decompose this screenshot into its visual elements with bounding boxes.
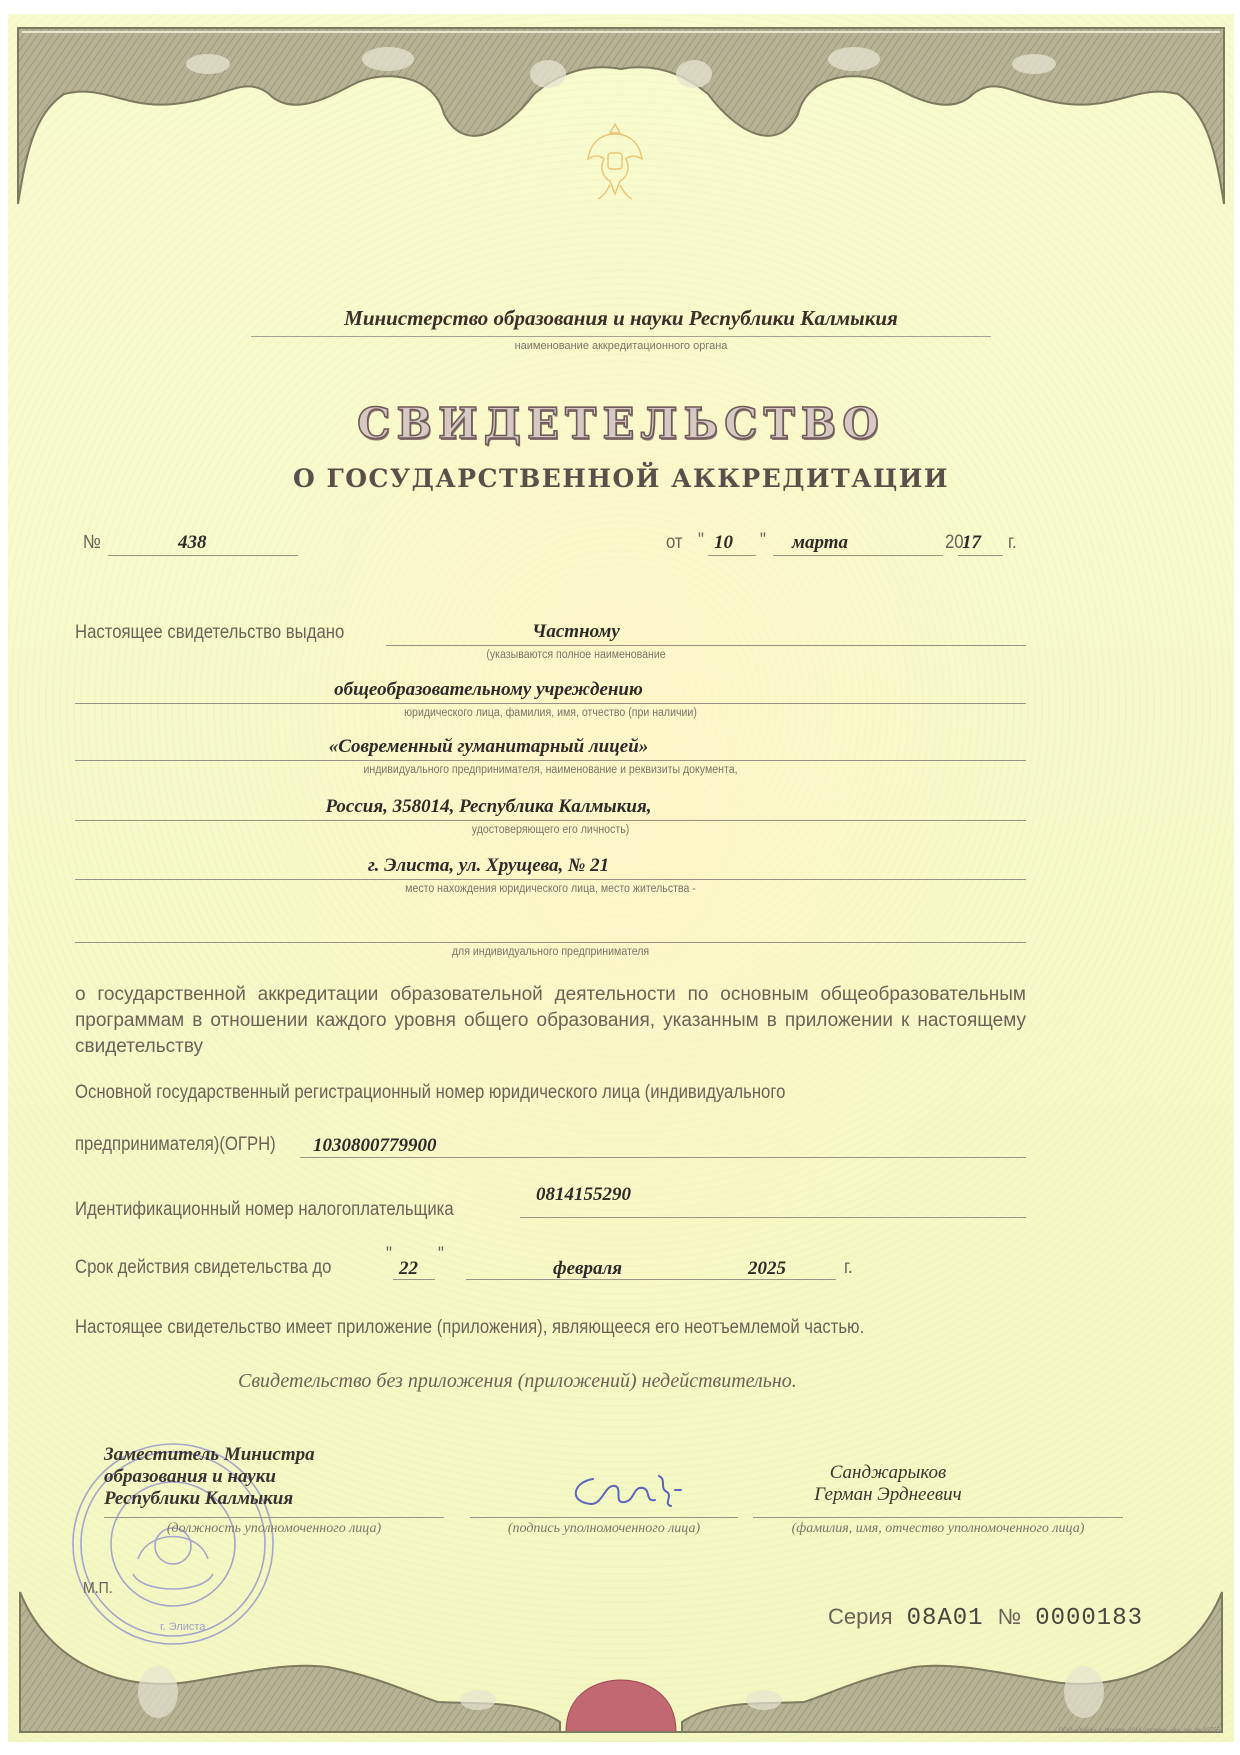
quote-close: "	[760, 530, 766, 552]
position-underline	[104, 1517, 444, 1518]
inn-label: Идентификационный номер налогоплательщик…	[75, 1199, 454, 1221]
year-mark: г.	[1008, 532, 1017, 554]
issued-line-0	[386, 645, 1026, 646]
position-line-1: образования и науки	[104, 1466, 315, 1488]
validity-quote-close: "	[438, 1244, 444, 1266]
year-underline	[958, 555, 1003, 556]
issued-to-value-0: Частному	[386, 621, 766, 643]
number-underline	[108, 555, 298, 556]
quote-open: "	[698, 530, 704, 552]
issue-day: 10	[714, 532, 733, 554]
validity-month: февраля	[553, 1258, 622, 1280]
accreditation-purpose: о государственной аккредитации образоват…	[75, 982, 1026, 1060]
position-line-0: Заместитель Министра	[104, 1444, 315, 1466]
issuer-name: Министерство образования и науки Республ…	[8, 306, 1234, 331]
validity-year: 2025	[748, 1258, 786, 1280]
day-underline	[708, 555, 756, 556]
signatory-name: Санджарыков Герман Эрднеевич	[753, 1462, 1023, 1506]
issued-line-1	[75, 703, 1026, 704]
invalid-without-appendix-note: Свидетельство без приложения (приложений…	[238, 1370, 797, 1393]
name-caption: (фамилия, имя, отчество уполномоченного …	[753, 1521, 1123, 1537]
certificate-number: 438	[178, 532, 207, 554]
name-line-0: Санджарыков	[753, 1462, 1023, 1484]
position-line-2: Республики Калмыкия	[104, 1488, 315, 1510]
month-underline	[773, 555, 943, 556]
coat-of-arms-icon	[580, 119, 650, 204]
issued-to-value-4: г. Элиста, ул. Хрущева, № 21	[13, 855, 964, 877]
issued-to-caption-0: (указываются полное наименование	[401, 649, 751, 661]
inn-value: 0814155290	[536, 1184, 631, 1206]
issued-to-value-2: «Современный гуманитарный лицей»	[13, 736, 964, 758]
issued-line-2	[75, 760, 1026, 761]
issue-month: марта	[792, 532, 848, 554]
name-line-1: Герман Эрднеевич	[753, 1484, 1023, 1506]
issued-to-caption-4: место нахождения юридического лица, мест…	[113, 883, 988, 895]
issued-to-caption-5: для индивидуального предпринимателя	[113, 946, 988, 958]
name-underline	[753, 1517, 1123, 1518]
document-title: СВИДЕТЕЛЬСТВО	[8, 399, 1234, 448]
issuer-underline	[251, 336, 991, 337]
issued-to-caption-3: удостоверяющего его личность)	[113, 824, 988, 836]
issued-to-caption-1: юридического лица, фамилия, имя, отчеств…	[113, 707, 988, 719]
document-subtitle: О ГОСУДАРСТВЕННОЙ АККРЕДИТАЦИИ	[8, 464, 1234, 493]
signature-icon	[563, 1464, 683, 1514]
validity-year-mark: г.	[844, 1257, 853, 1279]
year-prefix: 20	[945, 532, 964, 554]
issued-to-value-3: Россия, 358014, Республика Калмыкия,	[13, 796, 964, 818]
issued-to-value-1: общеобразовательному учреждению	[13, 679, 964, 701]
issued-line-3	[75, 820, 1026, 821]
signatory-position: Заместитель Министра образования и науки…	[104, 1444, 315, 1510]
bottom-ornament-frame	[8, 1572, 1234, 1742]
validity-day: 22	[399, 1258, 418, 1280]
issued-line-4	[75, 879, 1026, 880]
appendix-note: Настоящее свидетельство имеет приложение…	[75, 1317, 864, 1339]
issuer-caption: наименование аккредитационного органа	[8, 340, 1234, 352]
signature-caption: (подпись уполномоченного лица)	[470, 1521, 738, 1537]
inn-underline	[520, 1217, 1026, 1218]
position-caption: (должность уполномоченного лица)	[104, 1521, 444, 1537]
ogrn-underline	[300, 1157, 1026, 1158]
validity-label: Срок действия свидетельства до	[75, 1257, 331, 1279]
number-label: №	[83, 532, 101, 554]
date-prefix: от	[666, 532, 683, 554]
issued-to-caption-2: индивидуального предпринимателя, наимено…	[113, 764, 988, 776]
issue-year-suffix: 17	[962, 532, 981, 554]
ogrn-label-line2: предпринимателя)(ОГРН)	[75, 1134, 276, 1156]
ogrn-label-line1: Основной государственный регистрационный…	[75, 1082, 785, 1104]
validity-quote-open: "	[386, 1244, 392, 1266]
ogrn-value: 1030800779900	[313, 1135, 437, 1157]
certificate-sheet: Министерство образования и науки Республ…	[8, 14, 1234, 1742]
printer-imprint: ООО «ЗНАК», г. Москва, 2014, уровень «А»…	[1059, 1728, 1220, 1734]
issued-to-label: Настоящее свидетельство выдано	[75, 622, 344, 644]
signature-underline	[470, 1517, 738, 1518]
issued-line-5	[75, 942, 1026, 943]
